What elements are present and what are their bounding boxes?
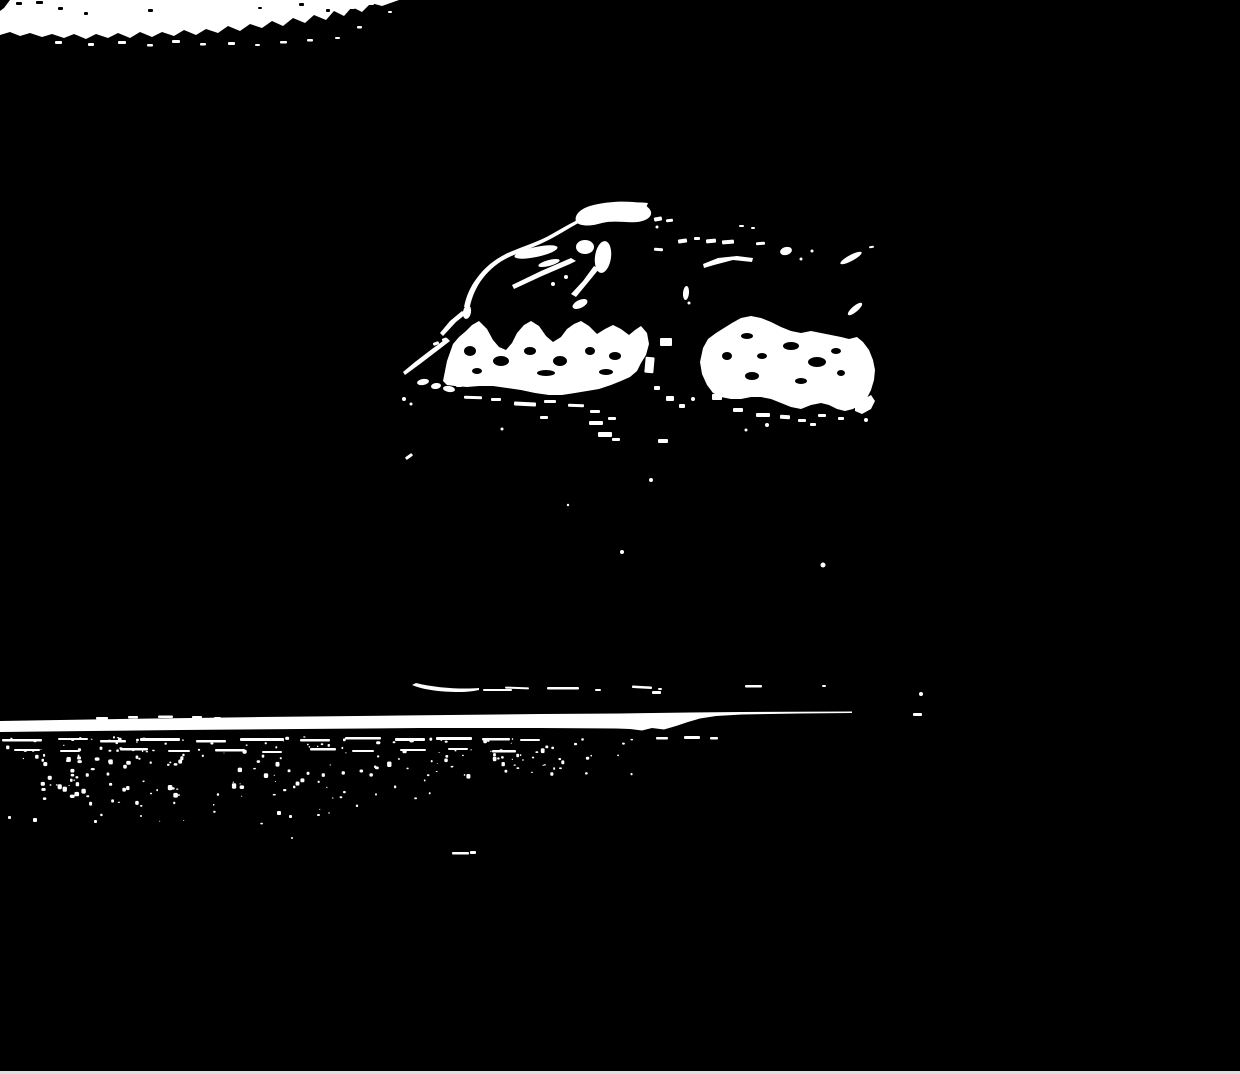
image-background xyxy=(0,0,1240,1074)
binarized-photo-stage xyxy=(0,0,1240,1074)
binarized-image xyxy=(0,0,1240,1074)
